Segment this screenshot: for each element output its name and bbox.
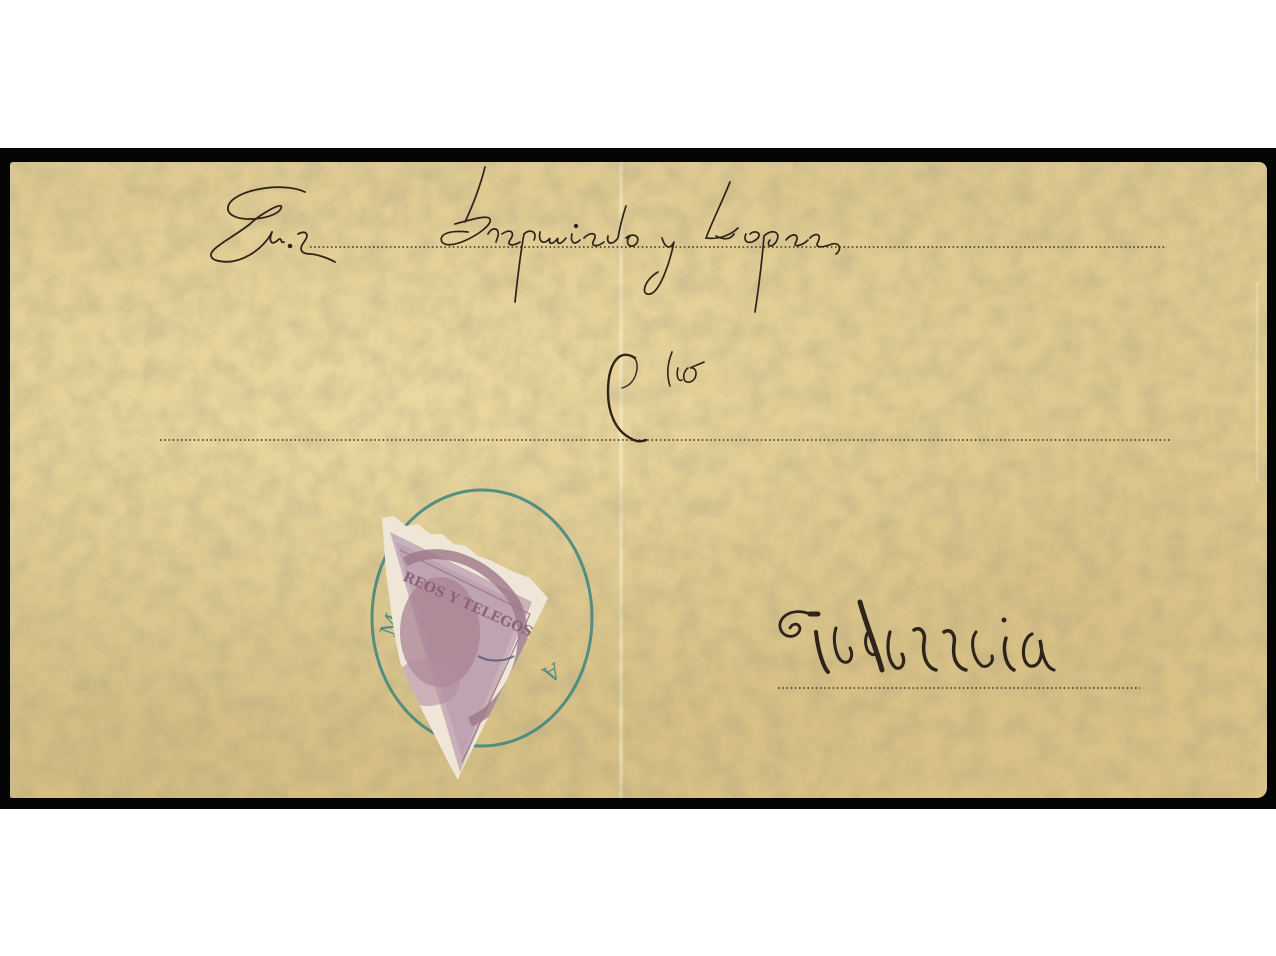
- envelope-markings: M A REOS Y TELEGOS: [10, 162, 1267, 798]
- envelope: M A REOS Y TELEGOS Sr. D. Izquierdo y Lo…: [10, 162, 1267, 798]
